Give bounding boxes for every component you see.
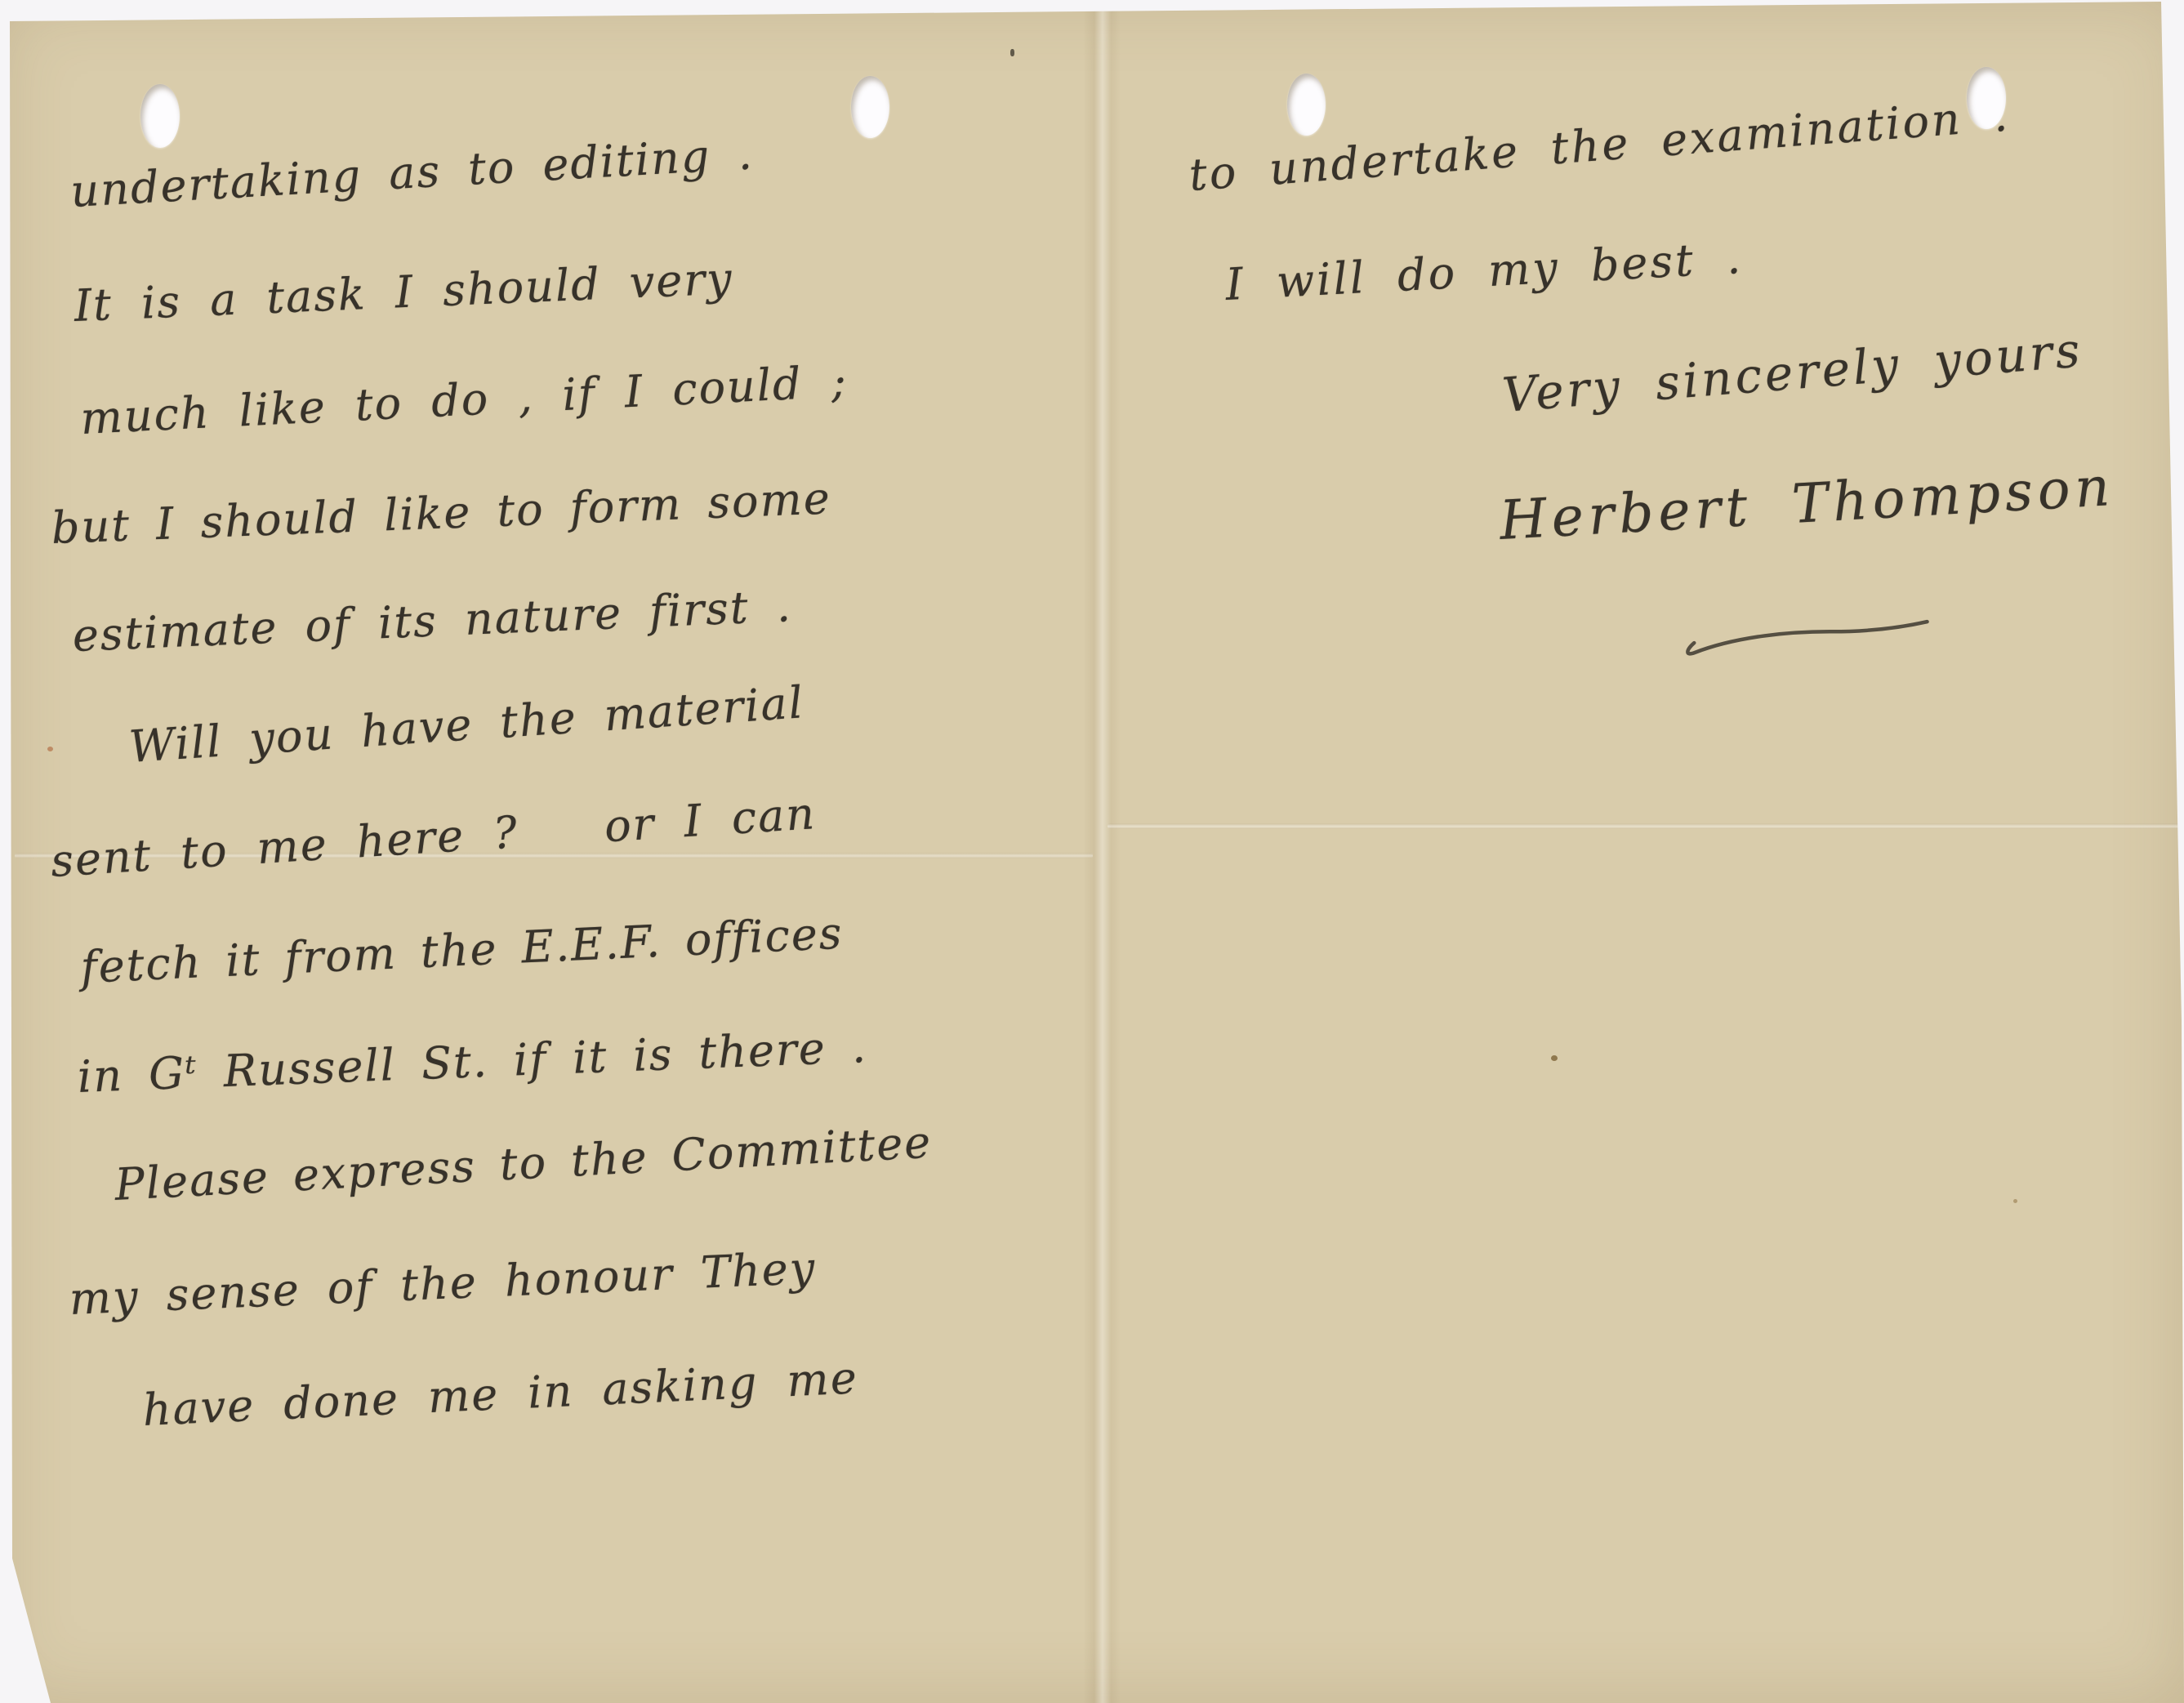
punch-hole — [851, 76, 889, 138]
handwriting-line: I will do my best . — [1224, 236, 1744, 307]
vertical-fold-crease — [1083, 0, 1121, 1703]
horizontal-crease-right-page — [1108, 823, 2184, 829]
handwriting-line: sent to me here ? or I can — [50, 791, 818, 884]
handwriting-line: fetch it from the E.E.F. offices — [80, 912, 845, 990]
punch-hole — [140, 84, 180, 148]
handwriting-line: in Gᵗ Russell St. if it is there . — [77, 1025, 868, 1099]
handwriting-line: but I should like to form some — [51, 476, 832, 551]
paper-speck — [2013, 1199, 2017, 1203]
handwriting-line: estimate of its nature first . — [72, 584, 793, 658]
handwriting-line: Will you have the material — [127, 680, 805, 769]
paper-sheet: undertaking as to editing . It is a task… — [0, 0, 2184, 1703]
signature-flourish — [1682, 601, 1945, 667]
ink-speck — [1010, 49, 1014, 56]
signature: Herbert Thompson — [1498, 460, 2115, 548]
letter-scan: undertaking as to editing . It is a task… — [0, 0, 2184, 1703]
paper-speck — [1551, 1055, 1558, 1061]
punch-hole — [1287, 74, 1326, 136]
handwriting-line: my sense of the honour They — [69, 1246, 817, 1322]
handwriting-line: have done me in asking me — [142, 1356, 859, 1433]
paper-speck — [47, 747, 53, 751]
handwriting-line: Please express to the Committee — [114, 1121, 933, 1207]
handwriting-line: much like to do , if I could ; — [79, 359, 849, 441]
closing-valediction: Very sincerely yours — [1500, 326, 2084, 419]
handwriting-line: undertaking as to editing . — [69, 132, 755, 214]
handwriting-line: It is a task I should very — [74, 256, 734, 328]
